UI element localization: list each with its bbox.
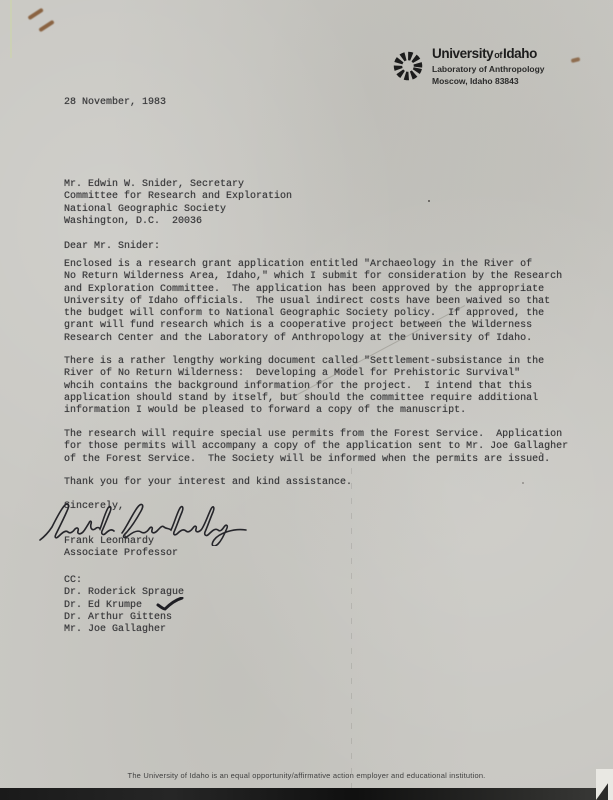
pen-mark	[27, 8, 43, 20]
ink-smudge	[571, 57, 581, 63]
brand-of: of	[494, 50, 502, 60]
scan-edge-line	[10, 0, 12, 58]
pen-mark	[38, 20, 54, 33]
salutation: Dear Mr. Snider:	[64, 241, 589, 253]
scan-bottom-bar	[0, 788, 613, 800]
recipient-address: Mr. Edwin W. Snider, Secretary Committee…	[64, 179, 589, 228]
thanks-line: Thank you for your interest and kind ass…	[64, 477, 589, 489]
handwritten-signature	[38, 500, 268, 546]
scanned-letter-page: UniversityofIdaho Laboratory of Anthropo…	[0, 0, 613, 800]
letterhead: UniversityofIdaho Laboratory of Anthropo…	[390, 46, 545, 86]
cc-block: CC: Dr. Roderick Sprague Dr. Ed Krumpe D…	[64, 575, 589, 636]
page-curl	[596, 769, 613, 800]
brand-idaho: Idaho	[503, 46, 537, 61]
page-curl-shadow	[596, 776, 608, 800]
letterhead-brand: UniversityofIdaho	[432, 46, 545, 63]
body-paragraph-2: There is a rather lengthy working docume…	[64, 356, 589, 417]
letterhead-department: Laboratory of Anthropology	[432, 64, 545, 75]
equal-opportunity-footer: The University of Idaho is an equal oppo…	[0, 771, 613, 780]
date-line: 28 November, 1983	[64, 97, 589, 109]
body-paragraph-3: The research will require special use pe…	[64, 429, 589, 466]
body-paragraph-1: Enclosed is a research grant application…	[64, 259, 589, 345]
handwritten-checkmark	[156, 597, 184, 611]
brand-university: University	[432, 46, 493, 61]
letterhead-address: Moscow, Idaho 83843	[432, 76, 545, 87]
university-of-idaho-logo-icon	[390, 48, 426, 84]
